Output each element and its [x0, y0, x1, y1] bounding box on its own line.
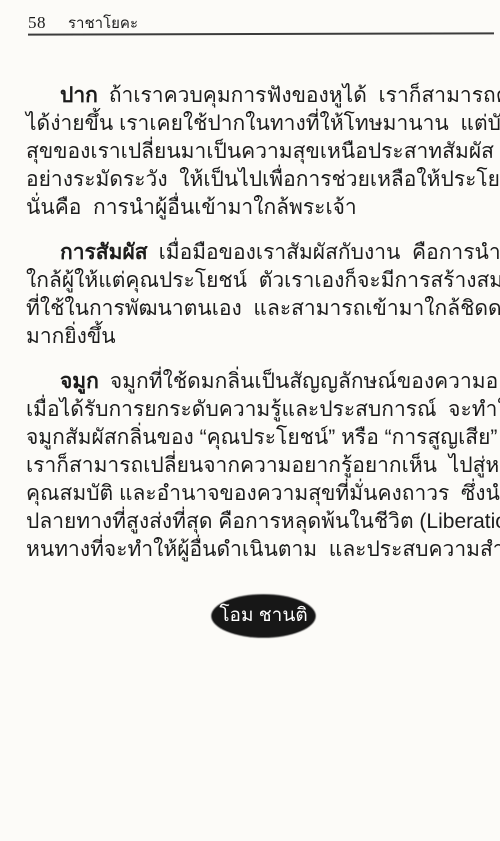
paragraph-lead: ปาก — [60, 84, 98, 107]
text-line: นั่นคือ การนำผู้อื่นเข้ามาใกล้พระเจ้า — [26, 194, 474, 222]
om-shanti-label: โอม ชานติ — [219, 600, 307, 632]
text-line: คุณสมบัติ และอำนาจของความสุขที่มั่นคงถาว… — [26, 480, 474, 508]
text-line: ปากถ้าเราควบคุมการฟังของหูได้ เราก็สามาร… — [26, 82, 474, 110]
om-shanti-badge: โอม ชานติ — [212, 595, 315, 637]
text-line: เราก็สามารถเปลี่ยนจากความอยากรู้อยากเห็น… — [26, 452, 474, 480]
text-line: หนทางที่จะทำให้ผู้อื่นดำเนินตาม และประสบ… — [26, 536, 474, 564]
paragraph-lead: การสัมผัส — [60, 241, 148, 264]
paragraph-touch: การสัมผัสเมื่อมือของเราสัมผัสกับงาน คือก… — [26, 239, 474, 351]
book-page: 58 ราชาโยคะ ปากถ้าเราควบคุมการฟังของหูได… — [0, 0, 500, 841]
text-line: ที่ใช้ในการพัฒนาตนเอง และสามารถเข้ามาใกล… — [26, 295, 474, 323]
text-line: จมูกสัมผัสกลิ่นของ “คุณประโยชน์” หรือ “ก… — [26, 424, 474, 452]
text-run: จมูกที่ใช้ดมกลิ่นเป็นสัญญลักษณ์ของความอย… — [110, 370, 500, 393]
text-line: ปลายทางที่สูงส่งที่สุด คือการหลุดพ้นในชี… — [26, 508, 474, 536]
text-line: มากยิ่งขึ้น — [26, 323, 474, 351]
text-line: สุขของเราเปลี่ยนมาเป็นความสุขเหนือประสาท… — [26, 138, 474, 166]
text-line: ใกล้ผู้ให้แต่คุณประโยชน์ ตัวเราเองก็จะมี… — [26, 267, 474, 295]
page-number: 58 — [28, 13, 46, 33]
text-run: เมื่อมือของเราสัมผัสกับงาน คือการนำผู้อื… — [159, 241, 500, 264]
paragraph-mouth: ปากถ้าเราควบคุมการฟังของหูได้ เราก็สามาร… — [26, 82, 474, 222]
header-rule — [28, 32, 494, 35]
text-line: เมื่อได้รับการยกระดับความรู้และประสบการณ… — [26, 396, 474, 424]
text-line: จมูกจมูกที่ใช้ดมกลิ่นเป็นสัญญลักษณ์ของคว… — [26, 368, 474, 396]
running-title: ราชาโยคะ — [68, 11, 138, 35]
text-line: อย่างระมัดระวัง ให้เป็นไปเพื่อการช่วยเหล… — [26, 166, 474, 194]
text-run: ถ้าเราควบคุมการฟังของหูได้ เราก็สามารถคว… — [109, 84, 500, 107]
text-line: การสัมผัสเมื่อมือของเราสัมผัสกับงาน คือก… — [26, 239, 474, 267]
page-content: ปากถ้าเราควบคุมการฟังของหูได้ เราก็สามาร… — [26, 82, 474, 581]
paragraph-nose: จมูกจมูกที่ใช้ดมกลิ่นเป็นสัญญลักษณ์ของคว… — [26, 368, 474, 564]
text-line: ได้ง่ายขึ้น เราเคยใช้ปากในทางที่ให้โทษมา… — [26, 110, 474, 138]
paragraph-lead: จมูก — [60, 370, 99, 393]
page-header: 58 ราชาโยคะ — [28, 11, 138, 35]
